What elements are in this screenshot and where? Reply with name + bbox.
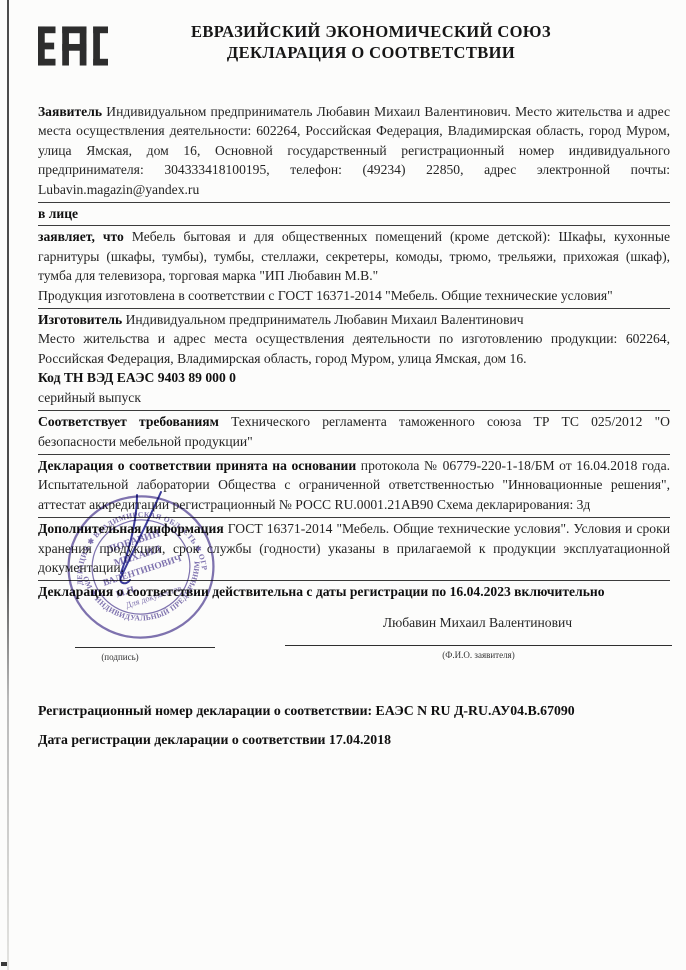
applicant-text: Индивидуальном предприниматель Любавин М… [38,104,670,197]
tnved-code: Код ТН ВЭД ЕАЭС 9403 89 000 0 [38,370,236,385]
name-caption: (Ф.И.О. заявителя) [285,650,672,660]
document-title: ДЕКЛАРАЦИЯ О СООТВЕТСТВИИ [112,42,630,63]
declaration-document: ЕВРАЗИЙСКИЙ ЭКОНОМИЧЕСКИЙ СОЮЗ ДЕКЛАРАЦИ… [0,0,686,970]
registration-date: Дата регистрации декларации о соответств… [38,732,670,748]
registration-number: Регистрационный номер декларации о соотв… [38,703,670,719]
name-line [285,645,672,646]
manufacturer-name: Индивидуальном предприниматель Любавин М… [126,312,524,327]
scan-edge-line [7,0,9,970]
declares-text: Мебель бытовая и для общественных помеще… [38,229,670,283]
compliance-label: Соответствует требованиям [38,414,219,429]
in-person-label: в лице [38,206,78,221]
compliance-section: Соответствует требованиям Технического р… [38,411,670,455]
declares-label: заявляет, что [38,229,124,244]
basis-label: Декларация о соответствии принята на осн… [38,458,356,473]
document-titles: ЕВРАЗИЙСКИЙ ЭКОНОМИЧЕСКИЙ СОЮЗ ДЕКЛАРАЦИ… [112,13,670,82]
declares-gost-text: Продукция изготовлена в соответствии с Г… [38,288,613,303]
scan-artifact [1,962,7,966]
applicant-section: Заявитель Индивидуальном предприниматель… [38,101,670,203]
document-header: ЕВРАЗИЙСКИЙ ЭКОНОМИЧЕСКИЙ СОЮЗ ДЕКЛАРАЦИ… [38,13,670,82]
union-title: ЕВРАЗИЙСКИЙ ЭКОНОМИЧЕСКИЙ СОЮЗ [112,21,630,42]
handwritten-signature [103,489,173,589]
manufacturer-section: Изготовитель Индивидуальном предпринимат… [38,309,670,411]
release-type: серийный выпуск [38,390,141,405]
declares-section: заявляет, что Мебель бытовая и для общес… [38,226,670,309]
eac-logo [38,13,112,82]
in-person-section: в лице [38,203,670,226]
eac-mark-icon [38,15,108,77]
signatory-name: Любавин Михаил Валентинович [285,615,670,631]
manufacturer-address: Место жительства и адрес места осуществл… [38,331,670,365]
applicant-label: Заявитель [38,104,102,119]
manufacturer-label: Изготовитель [38,312,122,327]
